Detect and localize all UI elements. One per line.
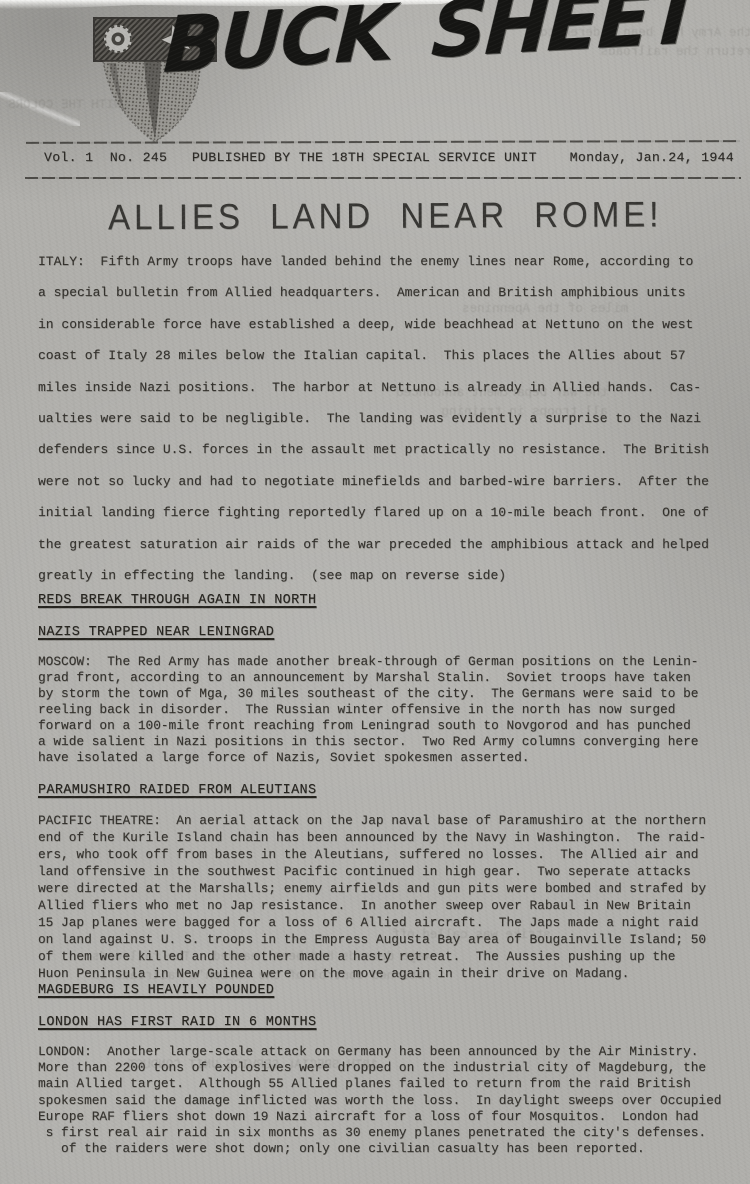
heading-paramushiro-raided: PARAMUSHIRO RAIDED FROM ALEUTIANS [38, 783, 316, 798]
masthead-title: BUCK SHEET [162, 0, 685, 85]
story-london-body: LONDON: Another large-scale attack on Ge… [38, 1044, 721, 1157]
story-italy-body: ITALY: Fifth Army troops have landed beh… [38, 246, 709, 591]
volume-date-line: Vol. 1 No. 245 PUBLISHED BY THE 18TH SPE… [44, 150, 734, 165]
masthead-rule-bottom [25, 177, 741, 179]
heading-nazis-trapped: NAZIS TRAPPED NEAR LENINGRAD [38, 625, 274, 640]
heading-magdeburg-pounded: MAGDEBURG IS HEAVILY POUNDED [38, 983, 274, 998]
story-pacific-body: PACIFIC THEATRE: An aerial attack on the… [38, 812, 706, 982]
main-headline: ALLIES LAND NEAR ROME! [108, 194, 662, 238]
paper-crease [0, 92, 80, 126]
heading-london-first-raid: LONDON HAS FIRST RAID IN 6 MONTHS [38, 1015, 316, 1030]
heading-reds-break-through: REDS BREAK THROUGH AGAIN IN NORTH [38, 593, 316, 608]
newsletter-page: the Army has been ordered to return the … [0, 0, 750, 1184]
story-moscow-body: MOSCOW: The Red Army has made another br… [38, 654, 698, 766]
